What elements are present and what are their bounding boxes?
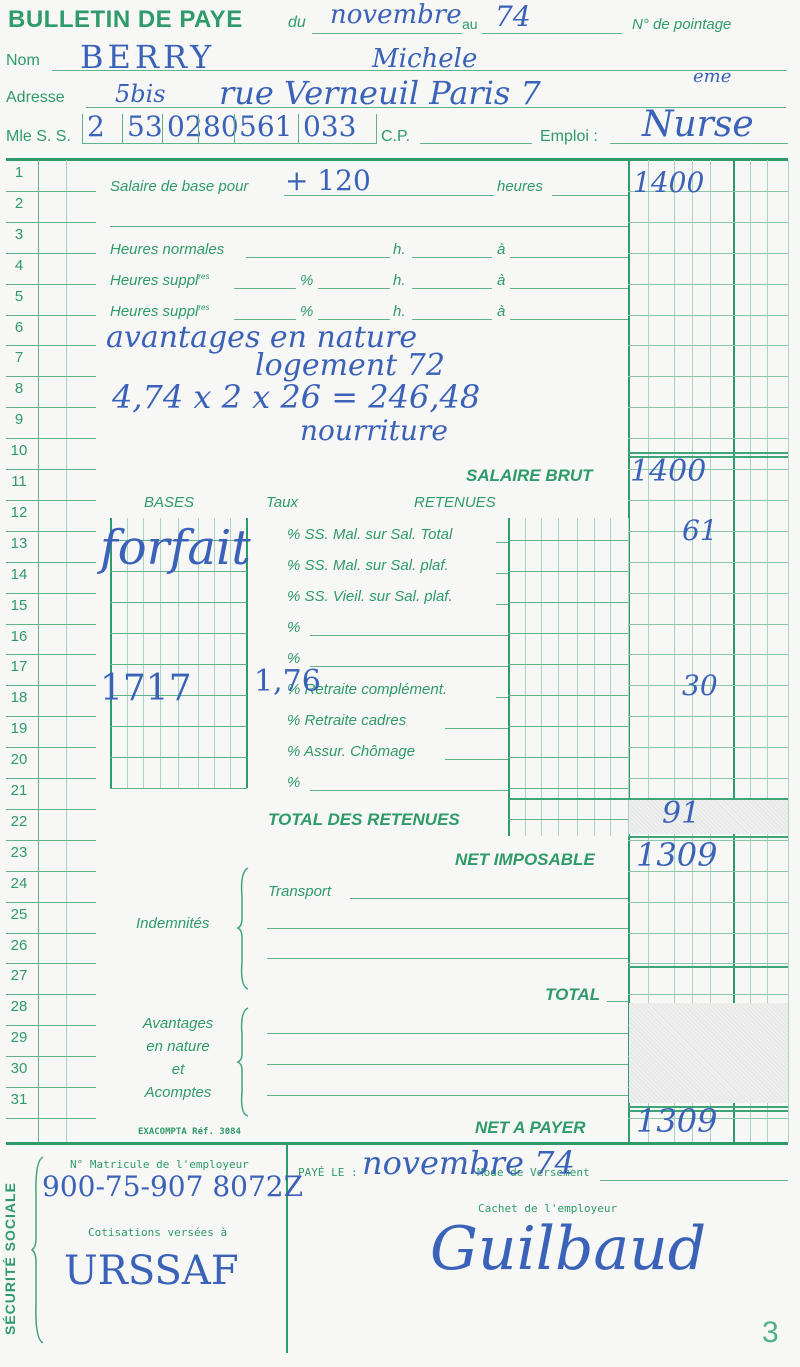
hn-line1 <box>246 257 390 258</box>
row-number: 22 <box>0 813 38 830</box>
page-number: 3 <box>762 1316 779 1350</box>
hs-pct-line <box>234 288 296 289</box>
row-separator <box>6 809 96 810</box>
row-separator <box>6 407 96 408</box>
ss-digit-box: 2 <box>82 114 122 144</box>
bases-row-line <box>110 602 247 603</box>
retenues-row-line <box>508 819 628 820</box>
net-a-payer-amount[interactable]: 1309 <box>636 1102 717 1140</box>
ss-digit-box: 561 <box>234 114 298 144</box>
row-separator <box>6 624 96 625</box>
row-number: 3 <box>0 226 38 243</box>
row-number: 1 <box>0 164 38 181</box>
bases-row-line <box>110 664 247 665</box>
amount-row-line <box>628 345 788 346</box>
ss-digit-box: 80 <box>198 114 234 144</box>
row-separator <box>6 840 96 841</box>
row-number: 13 <box>0 535 38 552</box>
ss-digit-group: 561 <box>239 110 292 143</box>
retenue-line-underline <box>310 635 508 636</box>
amount-row-line <box>628 438 788 439</box>
securite-sociale-label: SÉCURITÉ SOCIALE <box>2 1182 18 1335</box>
row-number: 14 <box>0 566 38 583</box>
row-number: 2 <box>0 195 38 212</box>
employer-signature: Guilbaud <box>430 1214 706 1284</box>
nom-label: Nom <box>6 52 40 70</box>
exacompta-ref: EXACOMPTA Réf. 3084 <box>138 1127 241 1137</box>
header-divider <box>6 158 788 161</box>
row-number: 9 <box>0 411 38 428</box>
shaded-avantages <box>629 1003 788 1103</box>
hs-pct-label: % <box>300 303 313 320</box>
hn-line2 <box>412 257 492 258</box>
retenues-row-line <box>508 788 628 789</box>
row-number: 17 <box>0 658 38 675</box>
amount-row-line <box>628 407 788 408</box>
bases-header: BASES <box>144 494 194 511</box>
amount-row-line <box>628 222 788 223</box>
au-value[interactable]: 74 <box>495 0 531 33</box>
row-separator <box>6 716 96 717</box>
ss-digit-group: 033 <box>303 110 356 143</box>
net-imposable-label: NET IMPOSABLE <box>455 850 595 870</box>
amount-row-line <box>628 716 788 717</box>
hs-a-line <box>412 319 492 320</box>
bases-1717[interactable]: 1717 <box>100 668 192 709</box>
row-number: 10 <box>0 442 38 459</box>
row-separator <box>6 284 96 285</box>
adresse-number: 5bis <box>115 80 166 108</box>
hs-h-label: h. <box>393 272 406 289</box>
retenues-row-line <box>508 602 628 603</box>
retenue-amount[interactable]: 30 <box>682 669 718 702</box>
retenue-line-label: % SS. Vieil. sur Sal. plaf. <box>287 588 453 605</box>
hs-end-line <box>510 319 628 320</box>
retenue-line-underline <box>496 697 508 698</box>
retenue-line-underline <box>445 759 508 760</box>
shaded-total-retenues <box>629 800 788 834</box>
emploi-label: Emploi : <box>540 128 598 146</box>
retenues-header: RETENUES <box>414 494 496 511</box>
avantages-label-line: et <box>118 1058 238 1081</box>
row-separator <box>6 871 96 872</box>
avantages-line-3: 4,74 x 2 x 26 = 246,48 <box>112 378 480 416</box>
avantages-brace <box>236 1006 252 1118</box>
indemnites-line-3 <box>267 958 628 959</box>
row-separator <box>6 902 96 903</box>
row-number: 26 <box>0 937 38 954</box>
row-separator <box>6 654 96 655</box>
amount-row-line <box>628 963 788 964</box>
ss-number-field[interactable]: 2530280561033 <box>82 114 377 144</box>
avantages-line-1 <box>267 1033 628 1034</box>
net-imposable-amount[interactable]: 1309 <box>636 836 717 874</box>
row-separator <box>6 500 96 501</box>
row-separator <box>6 963 96 964</box>
row-number: 30 <box>0 1060 38 1077</box>
total-retenues-amount[interactable]: 91 <box>662 796 700 831</box>
retenues-row-line <box>508 540 628 541</box>
bases-row-line <box>110 726 247 727</box>
row-number: 25 <box>0 906 38 923</box>
base-hours-value[interactable]: + 120 <box>285 164 371 197</box>
transport-label: Transport <box>268 883 331 900</box>
row-separator <box>6 345 96 346</box>
retenue-line-label: % SS. Mal. sur Sal. plaf. <box>287 557 449 574</box>
avantages-line-3 <box>267 1095 628 1096</box>
amount-row-line <box>628 315 788 316</box>
du-line <box>312 33 462 34</box>
heures-line <box>552 195 628 196</box>
row-number: 7 <box>0 349 38 366</box>
indemnites-label: Indemnités <box>136 915 209 932</box>
avantages-label-line: Acomptes <box>118 1081 238 1104</box>
retenues-row-line <box>508 726 628 727</box>
heures-supp-label: Heures supplres <box>110 303 210 320</box>
retenue-line-underline <box>496 542 508 543</box>
row-number: 24 <box>0 875 38 892</box>
retenue-line-underline <box>496 604 508 605</box>
row-number: 11 <box>0 473 38 490</box>
amount-row-line <box>628 778 788 779</box>
salaire-brut-amount[interactable]: 1400 <box>630 454 706 489</box>
ss-label: Mle S. S. <box>6 128 71 146</box>
row-number: 16 <box>0 628 38 645</box>
du-label: du <box>288 14 306 32</box>
retenue-amount[interactable]: 61 <box>682 514 718 547</box>
row-number: 15 <box>0 597 38 614</box>
adresse-street: rue Verneuil Paris 7 <box>219 74 541 112</box>
prenom-value[interactable]: Michele <box>372 44 477 74</box>
adresse-label: Adresse <box>6 89 65 107</box>
row-separator <box>6 593 96 594</box>
indemnites-line-2 <box>267 928 628 929</box>
retenue-line-underline <box>496 573 508 574</box>
taux-retraite[interactable]: 1,76 <box>254 664 321 699</box>
pointage-label: N° de pointage <box>632 16 731 33</box>
ss-digit-box: 033 <box>298 114 377 144</box>
paye-le-label: PAYÉ LE : <box>298 1166 358 1179</box>
ss-digit-group: 2 <box>87 110 105 143</box>
avantages-label-line: en nature <box>118 1035 238 1058</box>
row-number: 18 <box>0 689 38 706</box>
ss-digit-box: 53 <box>122 114 162 144</box>
hs-pct-label: % <box>300 272 313 289</box>
row-separator <box>6 994 96 995</box>
retenues-column-line <box>628 518 629 836</box>
amount-row-line <box>628 624 788 625</box>
row-separator <box>6 933 96 934</box>
row-separator <box>6 315 96 316</box>
au-line <box>482 33 622 34</box>
cotisations-label: Cotisations versées à <box>88 1226 227 1239</box>
base-salary-label: Salaire de base pour <box>110 178 248 195</box>
amount-row-line <box>628 562 788 563</box>
taux-header: Taux <box>266 494 298 511</box>
hn-h-label: h. <box>393 241 406 258</box>
row-separator <box>6 747 96 748</box>
retenues-row-line <box>508 695 628 696</box>
retenue-line-underline <box>445 728 508 729</box>
hs-a-label: à <box>497 272 505 289</box>
avantages-label: Avantages en nature et Acomptes <box>118 1012 238 1104</box>
hs-a-label: à <box>497 303 505 320</box>
amount-row-line <box>628 994 788 995</box>
row-number: 8 <box>0 380 38 397</box>
row-separator <box>6 1056 96 1057</box>
row-separator <box>6 778 96 779</box>
heures-supp-sup: res <box>198 303 209 312</box>
row-separator <box>6 191 96 192</box>
ss-digit-group: 53 <box>127 110 163 143</box>
bases-row-line <box>110 757 247 758</box>
heures-supp-label: Heures supplres <box>110 272 210 289</box>
hs-h-line <box>318 288 390 289</box>
amount-column-line <box>788 160 789 1142</box>
row-number: 5 <box>0 288 38 305</box>
retenues-row-line <box>508 633 628 634</box>
row-number: 4 <box>0 257 38 274</box>
amount-row-line <box>628 253 788 254</box>
amount-row-line <box>628 747 788 748</box>
heures-supp-text: Heures suppl <box>110 272 198 289</box>
amount-row-line <box>628 933 788 934</box>
cotisations-value[interactable]: URSSAF <box>64 1248 239 1294</box>
amount-row-line <box>628 654 788 655</box>
avantages-line-4: nourriture <box>300 414 448 447</box>
row-number: 6 <box>0 319 38 336</box>
retenue-line-label: % SS. Mal. sur Sal. Total <box>287 526 452 543</box>
retenue-line-label: % Retraite cadres <box>287 712 406 729</box>
row-separator <box>6 376 96 377</box>
hs-h-label: h. <box>393 303 406 320</box>
hs-end-line <box>510 288 628 289</box>
document-title: BULLETIN DE PAYE <box>8 6 243 34</box>
total-label: TOTAL <box>545 985 600 1005</box>
retenues-row-line <box>508 757 628 758</box>
heures-supp-text: Heures suppl <box>110 303 198 320</box>
row-number: 19 <box>0 720 38 737</box>
nom-value[interactable]: BERRY <box>80 38 215 76</box>
heures-supp-sup: res <box>198 272 209 281</box>
net-a-payer-label: NET A PAYER <box>475 1118 586 1138</box>
row2-line <box>110 226 628 227</box>
salaire-brut-label: SALAIRE BRUT <box>466 466 593 486</box>
bases-row-line <box>110 788 247 789</box>
amount-section-line <box>628 966 788 968</box>
mode-versement-line <box>600 1180 788 1181</box>
bases-forfait[interactable]: forfait <box>100 520 251 576</box>
cp-line <box>420 143 532 144</box>
row-separator <box>6 469 96 470</box>
au-label: au <box>462 16 478 32</box>
row-separator <box>6 531 96 532</box>
retenues-row-line <box>508 664 628 665</box>
retenue-line-underline <box>310 666 508 667</box>
amount-row-line <box>628 284 788 285</box>
amount-row-line <box>628 500 788 501</box>
amount-row-line <box>628 376 788 377</box>
row-separator <box>6 685 96 686</box>
hn-line3 <box>510 257 628 258</box>
row-number: 29 <box>0 1029 38 1046</box>
row-separator <box>6 253 96 254</box>
bases-row-line <box>110 633 247 634</box>
amount-row-line <box>628 902 788 903</box>
transport-line <box>350 898 628 899</box>
row-number: 21 <box>0 782 38 799</box>
matricule-value[interactable]: 900-75-907 8072Z <box>42 1170 303 1203</box>
paye-le-value[interactable]: novembre 74 <box>362 1144 575 1182</box>
retenue-line-label: % <box>287 774 300 791</box>
row-separator <box>6 562 96 563</box>
retenues-row-line <box>508 571 628 572</box>
avantages-label-line: Avantages <box>118 1012 238 1035</box>
heures-label: heures <box>497 178 543 195</box>
row-separator <box>6 1025 96 1026</box>
row-number: 20 <box>0 751 38 768</box>
row-number: 31 <box>0 1091 38 1108</box>
base-amount[interactable]: 1400 <box>633 166 704 199</box>
retenue-line-label: % <box>287 619 300 636</box>
adresse-sup: eme <box>693 66 731 87</box>
indemnites-brace <box>236 866 252 991</box>
row-number: 23 <box>0 844 38 861</box>
total-line <box>607 1001 628 1002</box>
ss-digit-box: 02 <box>162 114 198 144</box>
row-separator <box>6 438 96 439</box>
total-retenues-label: TOTAL DES RETENUES <box>268 810 460 830</box>
amount-row-line <box>628 593 788 594</box>
row-number: 12 <box>0 504 38 521</box>
hs-a-line <box>412 288 492 289</box>
emploi-value[interactable]: Nurse <box>642 104 754 145</box>
retenue-line-label: % Assur. Chômage <box>287 743 415 760</box>
hn-a-label: à <box>497 241 505 258</box>
heures-normales-label: Heures normales <box>110 241 224 258</box>
total-retenues-line <box>508 798 788 800</box>
row-number: 28 <box>0 998 38 1015</box>
row-separator <box>6 1087 96 1088</box>
retenue-line-underline <box>310 790 508 791</box>
du-value[interactable]: novembre <box>330 0 462 30</box>
row-separator <box>6 1118 96 1119</box>
row-separator <box>6 222 96 223</box>
cp-label: C.P. <box>381 128 410 146</box>
row-number: 27 <box>0 967 38 984</box>
avantages-line-2 <box>267 1064 628 1065</box>
